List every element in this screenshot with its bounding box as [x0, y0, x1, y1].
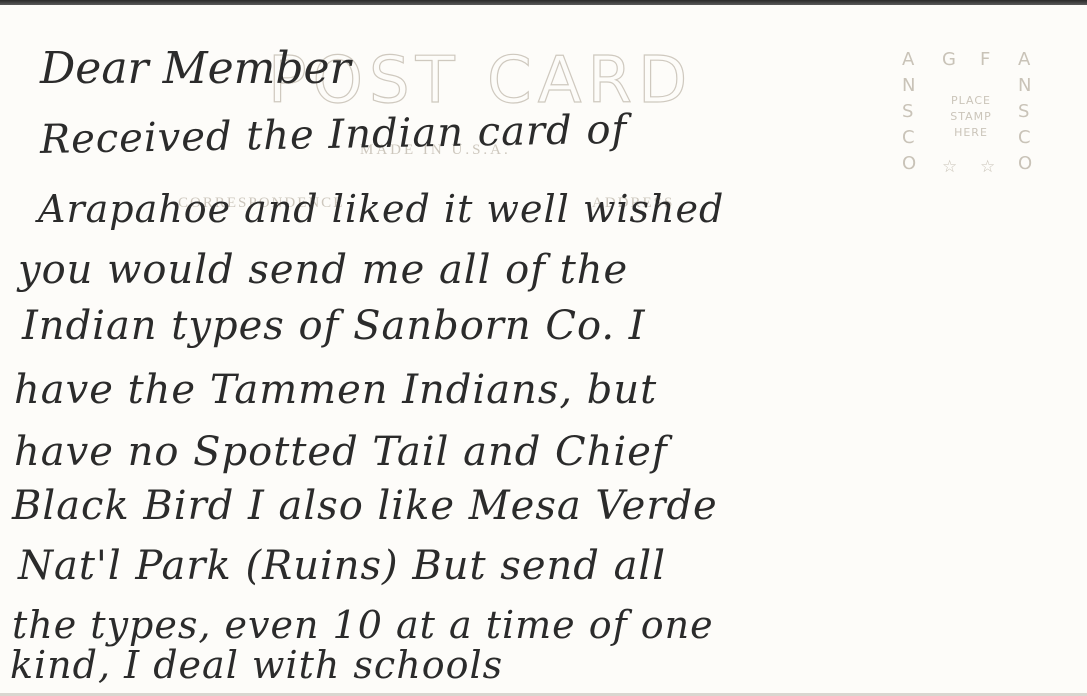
message-line: Received the Indian card of	[40, 107, 628, 163]
message-line: Black Bird I also like Mesa Verde	[12, 483, 718, 529]
message-line: kind, I deal with schools	[10, 643, 503, 687]
stamp-letter: G	[942, 49, 956, 70]
message-line: Arapahoe and liked it well wished	[38, 187, 724, 231]
message-line: you would send me all of the	[18, 247, 628, 293]
here-text: HERE	[936, 125, 1006, 141]
stamp-letter: S	[902, 101, 913, 122]
message-line: have the Tammen Indians, but	[14, 367, 657, 413]
message-line: the types, even 10 at a time of one	[12, 603, 714, 647]
stamp-letter: C	[1018, 127, 1031, 148]
stamp-letter: A	[902, 49, 914, 70]
postcard-back: POST CARD MADE IN U.S.A. CORRESPONDENCE …	[0, 5, 1087, 693]
stamp-letter: F	[980, 49, 990, 70]
stamp-letter: C	[902, 127, 915, 148]
place-text: PLACE	[936, 93, 1006, 109]
stamp-letter: N	[1018, 75, 1031, 96]
message-line: Nat'l Park (Ruins) But send all	[18, 543, 666, 589]
place-stamp-here: PLACE STAMP HERE	[936, 93, 1006, 141]
stamp-letter: O	[902, 153, 916, 174]
star-icon: ☆	[942, 157, 957, 177]
stamp-letter: A	[1018, 49, 1030, 70]
stamp-letter: N	[902, 75, 915, 96]
star-icon: ☆	[980, 157, 995, 177]
stamp-box: A G F A N S C O N S C O PLACE STAMP HERE…	[896, 49, 1046, 179]
message-line: Indian types of Sanborn Co. I	[22, 303, 646, 349]
message-line: have no Spotted Tail and Chief	[14, 429, 668, 475]
stamp-letter: S	[1018, 101, 1029, 122]
stamp-letter: O	[1018, 153, 1032, 174]
stamp-text: STAMP	[936, 109, 1006, 125]
greeting: Dear Member	[40, 43, 351, 94]
